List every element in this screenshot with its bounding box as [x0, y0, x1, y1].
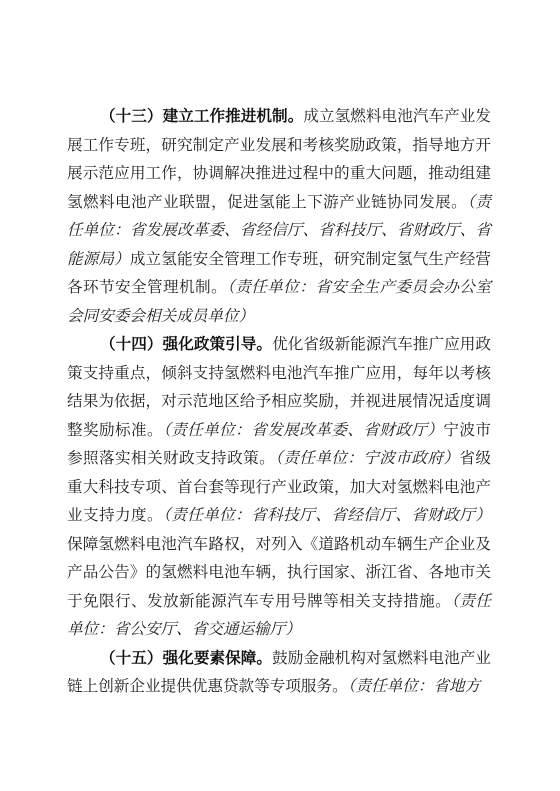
clause-14-responsibility-unit-2: （责任单位：宁波市政府）: [275, 450, 459, 467]
clause-14-body-4: 保障氢燃料电池汽车路权，对列入《道路机动车辆生产企业及产品公告》的氢燃料电池车辆…: [67, 536, 491, 610]
clause-14-heading: （十四）强化政策引导。: [100, 336, 272, 353]
clause-13-paragraph: （十三）建立工作推进机制。成立氢燃料电池汽车产业发展工作专班，研究制定产业发展和…: [67, 103, 491, 331]
document-page: （十三）建立工作推进机制。成立氢燃料电池汽车产业发展工作专班，研究制定产业发展和…: [0, 0, 560, 791]
clause-14-responsibility-unit-3: （责任单位：省科技厅、省经信厅、省财政厅）: [163, 507, 491, 524]
clause-14-responsibility-unit-1: （责任单位：省发展改革委、省财政厅）: [163, 422, 443, 439]
document-body: （十三）建立工作推进机制。成立氢燃料电池汽车产业发展工作专班，研究制定产业发展和…: [67, 103, 491, 702]
clause-13-heading: （十三）建立工作推进机制。: [100, 108, 303, 125]
clause-14-paragraph: （十四）强化政策引导。优化省级新能源汽车推广应用政策支持重点，倾斜支持氢燃料电池…: [67, 331, 491, 645]
clause-15-heading: （十五）强化要素保障。: [100, 650, 272, 667]
clause-15-responsibility-unit-1: （责任单位：省地方: [348, 678, 481, 695]
clause-15-paragraph: （十五）强化要素保障。鼓励金融机构对氢燃料电池产业链上创新企业提供优惠贷款等专项…: [67, 645, 491, 702]
